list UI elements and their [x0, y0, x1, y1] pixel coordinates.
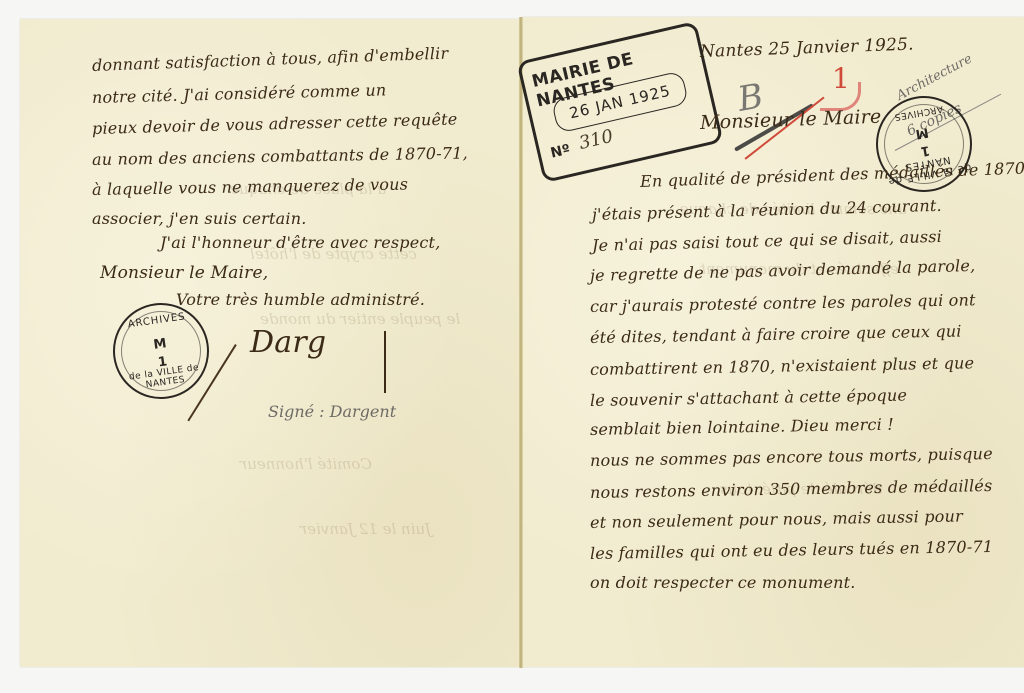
bleed-through-text: Juin le 12 Janvier	[300, 520, 431, 538]
letter-signoff: Votre très humble administré.	[176, 290, 425, 309]
letter-line: on doit respecter ce monument.	[590, 573, 856, 592]
stamp-number: 310	[577, 126, 615, 154]
letter-salutation: Monsieur le Maire,	[100, 263, 268, 283]
signature-note: Signé : Dargent	[268, 402, 396, 421]
letter-line: associer, j'en suis certain.	[92, 209, 307, 228]
signature: Darg	[250, 325, 326, 360]
page-fold	[519, 17, 523, 668]
letter-closing: J'ai l'honneur d'être avec respect,	[160, 233, 440, 252]
bleed-through-text: Comité l'honneur	[240, 455, 372, 473]
stamp-no-label: Nº	[549, 142, 572, 162]
signature-flourish	[384, 331, 386, 393]
